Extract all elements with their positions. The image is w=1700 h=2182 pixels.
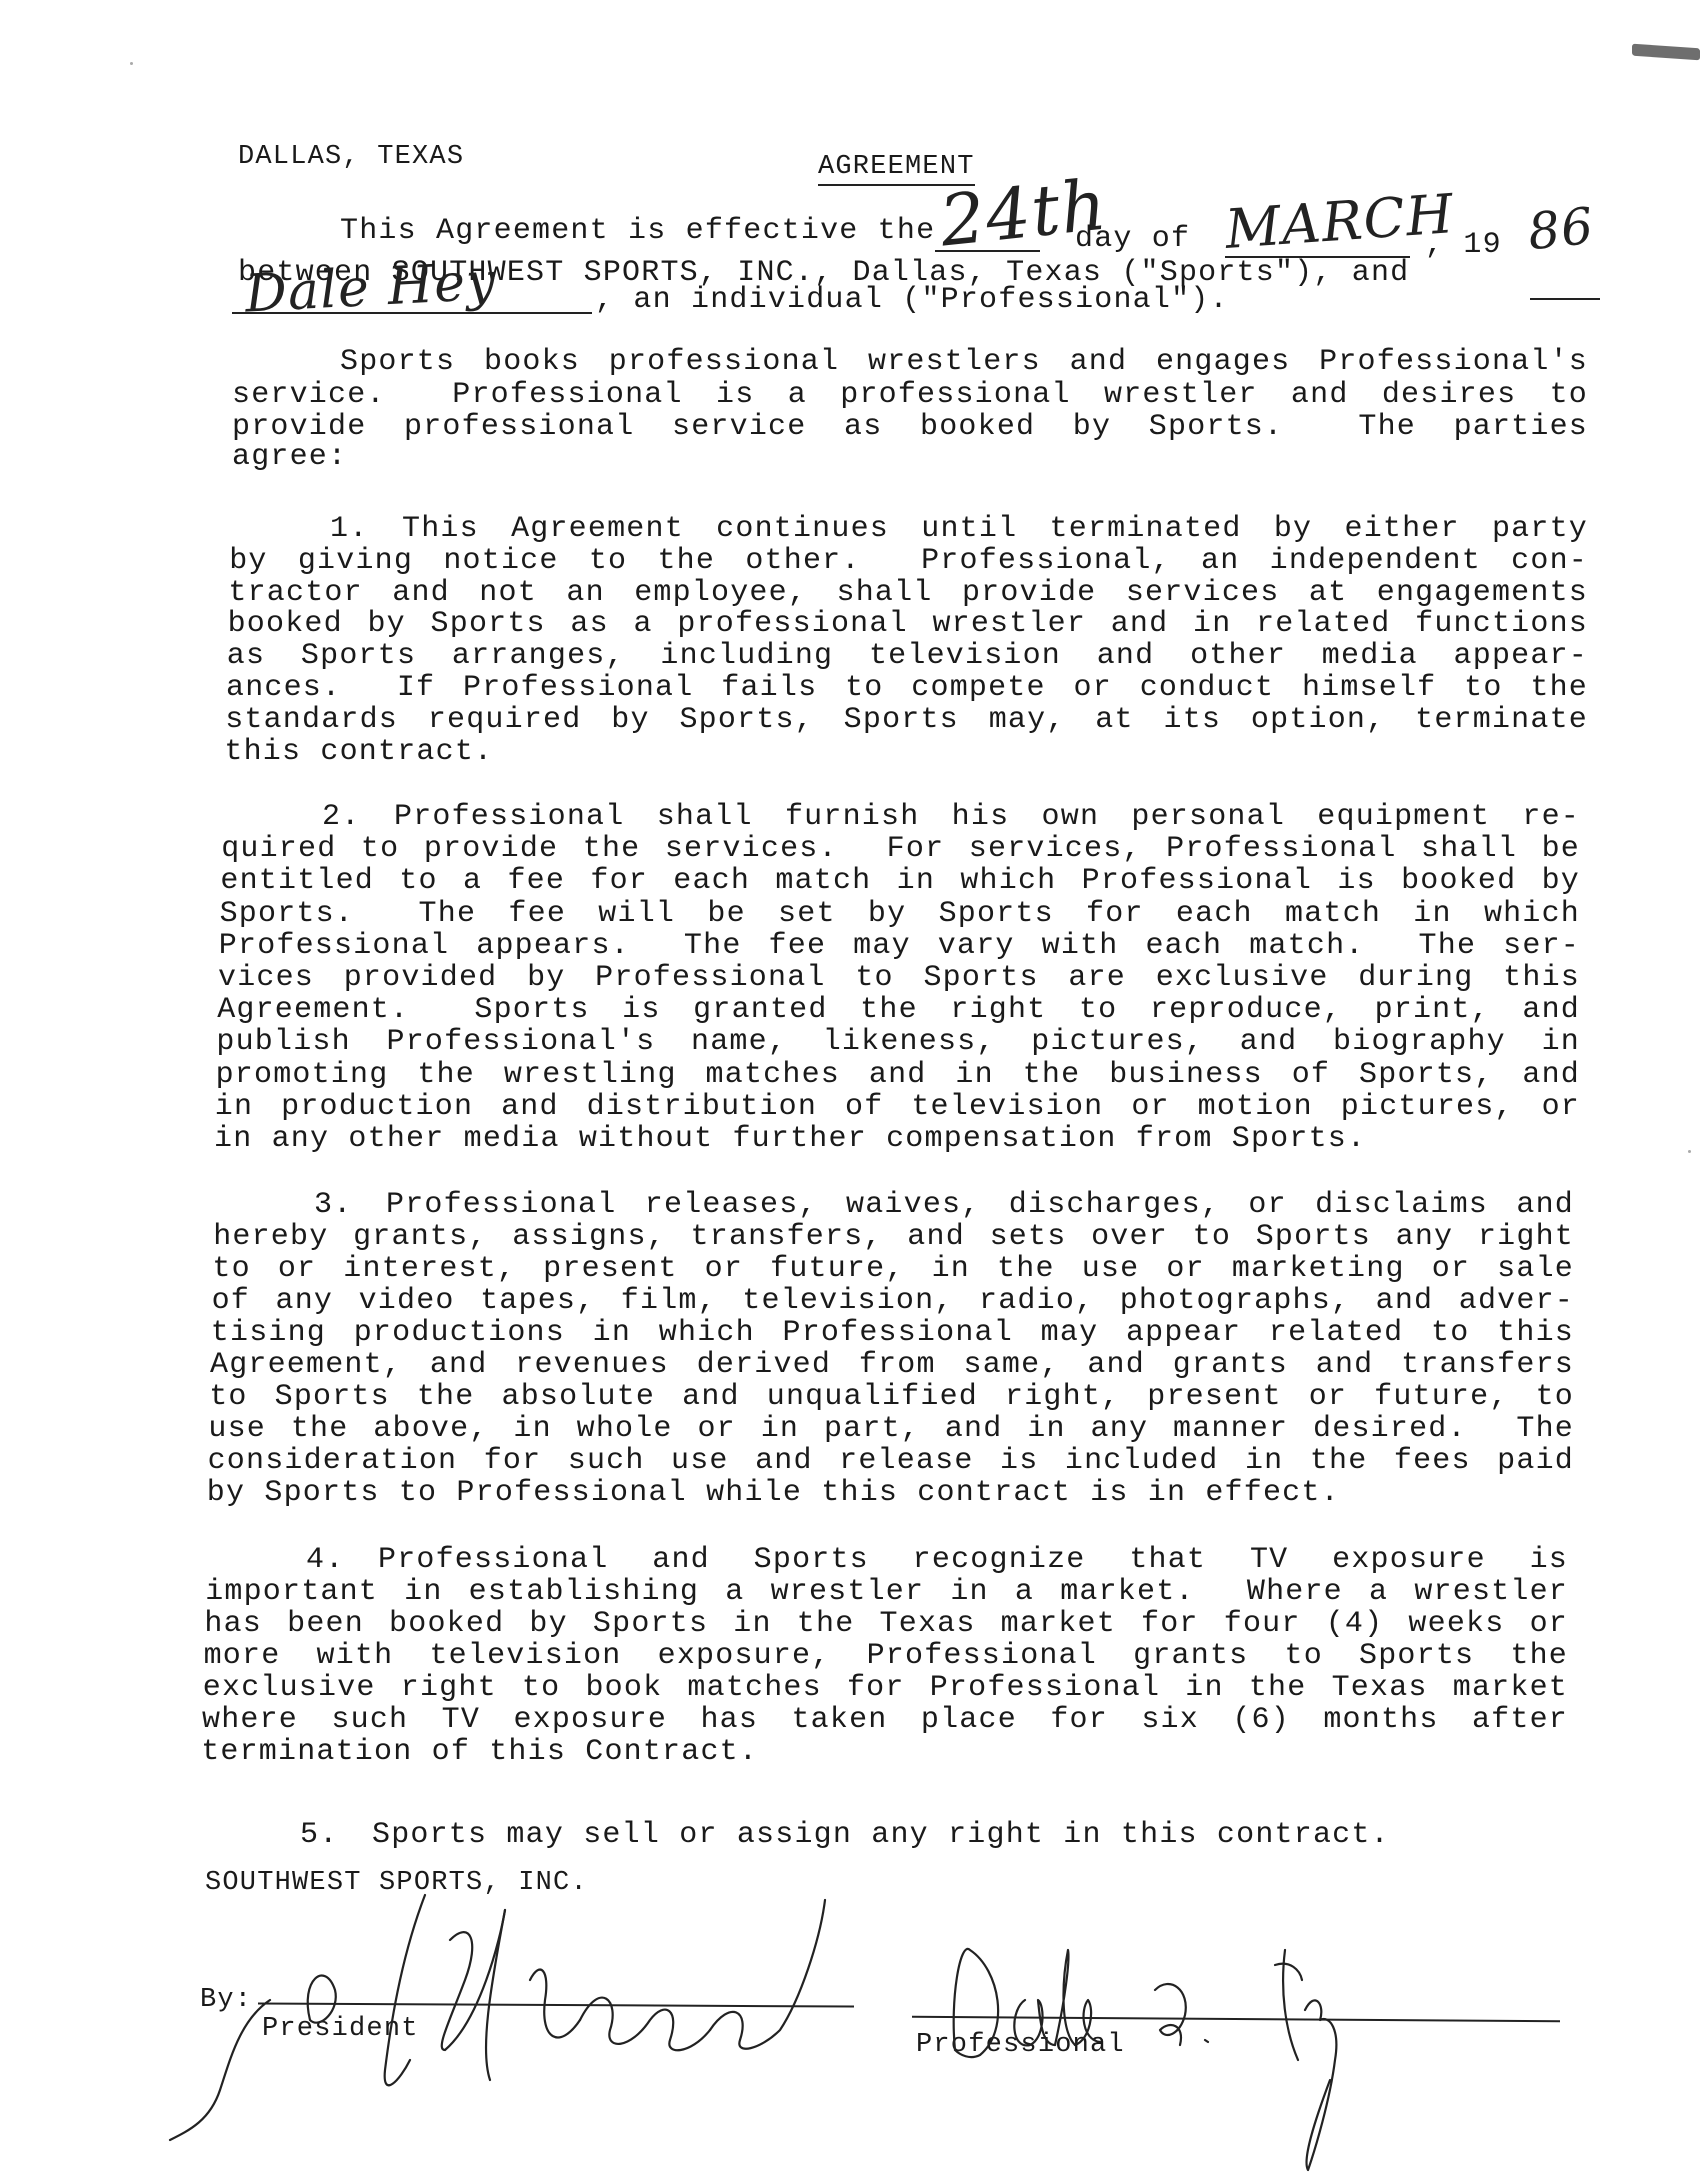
- recital-line: Sports books professional wrestlers and …: [340, 345, 1588, 379]
- clause-line: by Sports to Professional while this con…: [207, 1476, 1340, 1510]
- location-header: DALLAS, TEXAS: [238, 142, 464, 172]
- preamble-line-1: This Agreement is effective the: [340, 214, 935, 248]
- clause-line: Professional and Sports recognize that T…: [378, 1543, 1568, 1577]
- day-of-label: day of: [1075, 222, 1190, 256]
- clause-line: vices provided by Professional to Sports…: [218, 961, 1580, 995]
- handwritten-year: 86: [1525, 197, 1597, 262]
- recital-line: service. Professional is a professional …: [232, 378, 1588, 412]
- clause-line: Sports. The fee will be set by Sports fo…: [220, 897, 1580, 931]
- clause-line: this contract.: [224, 735, 493, 769]
- year-prefix: , 19: [1425, 228, 1502, 262]
- clause-line: tractor and not an employee, shall provi…: [228, 576, 1588, 610]
- clause-line: ances. If Professional fails to compete …: [226, 671, 1588, 705]
- clause-number: 3.: [314, 1188, 352, 1222]
- clause-line: exclusive right to book matches for Prof…: [203, 1671, 1568, 1705]
- professional-signature: [930, 1920, 1580, 2180]
- clause-line: of any video tapes, film, television, ra…: [212, 1284, 1574, 1318]
- clause-line: Agreement, and revenues derived from sam…: [210, 1348, 1574, 1382]
- preamble-line-3: , an individual ("Professional").: [595, 283, 1229, 317]
- clause-number: 4.: [306, 1543, 344, 1577]
- scan-speck: [130, 62, 133, 65]
- clause-line: This Agreement continues until terminate…: [402, 512, 1588, 546]
- clause-line: promoting the wrestling matches and in t…: [216, 1058, 1580, 1092]
- clause-line: tising productions in which Professional…: [211, 1316, 1574, 1350]
- clause-line: in any other media without further compe…: [214, 1122, 1366, 1156]
- clause-line: hereby grants, assigns, transfers, and s…: [213, 1220, 1574, 1254]
- clause-line: publish Professional's name, likeness, p…: [216, 1025, 1580, 1059]
- recital-line: agree:: [232, 440, 347, 474]
- handwritten-month: MARCH: [1223, 182, 1456, 261]
- clause-line: standards required by Sports, Sports may…: [225, 703, 1588, 737]
- clause-line: by giving notice to the other. Professio…: [229, 544, 1588, 578]
- clause-line: Professional releases, waives, discharge…: [386, 1188, 1574, 1222]
- clause-line: where such TV exposure has taken place f…: [202, 1703, 1568, 1737]
- clause-line: Professional appears. The fee may vary w…: [219, 929, 1580, 963]
- president-signature: [150, 1880, 870, 2140]
- clause-line: use the above, in whole or in part, and …: [208, 1412, 1574, 1446]
- clause-line: Agreement. Sports is granted the right t…: [217, 993, 1580, 1027]
- clause-line: booked by Sports as a professional wrest…: [228, 607, 1588, 641]
- recital-line: provide professional service as booked b…: [232, 410, 1588, 444]
- clause-number: 5.: [300, 1818, 338, 1852]
- clause-line: termination of this Contract.: [201, 1735, 758, 1769]
- clause-line: more with television exposure, Professio…: [204, 1639, 1568, 1673]
- clause-line: in production and distribution of televi…: [215, 1090, 1580, 1124]
- clause-line: Sports may sell or assign any right in t…: [372, 1818, 1390, 1852]
- scan-artifact: [1632, 44, 1700, 61]
- clause-number: 1.: [330, 512, 368, 546]
- clause-line: as Sports arranges, including television…: [227, 639, 1588, 673]
- clause-line: Professional shall furnish his own perso…: [394, 800, 1580, 834]
- clause-line: has been booked by Sports in the Texas m…: [204, 1607, 1568, 1641]
- scan-speck: [1688, 1150, 1691, 1153]
- contract-page: DALLAS, TEXAS AGREEMENT This Agreement i…: [0, 0, 1700, 2182]
- clause-line: quired to provide the services. For serv…: [221, 832, 1580, 866]
- clause-line: important in establishing a wrestler in …: [205, 1575, 1568, 1609]
- clause-line: entitled to a fee for each match in whic…: [220, 864, 1580, 898]
- clause-line: consideration for such use and release i…: [208, 1444, 1574, 1478]
- clause-line: to or interest, present or future, in th…: [212, 1252, 1574, 1286]
- clause-number: 2.: [322, 800, 360, 834]
- trailing-blank: [1530, 298, 1600, 300]
- clause-line: to Sports the absolute and unqualified r…: [209, 1380, 1574, 1414]
